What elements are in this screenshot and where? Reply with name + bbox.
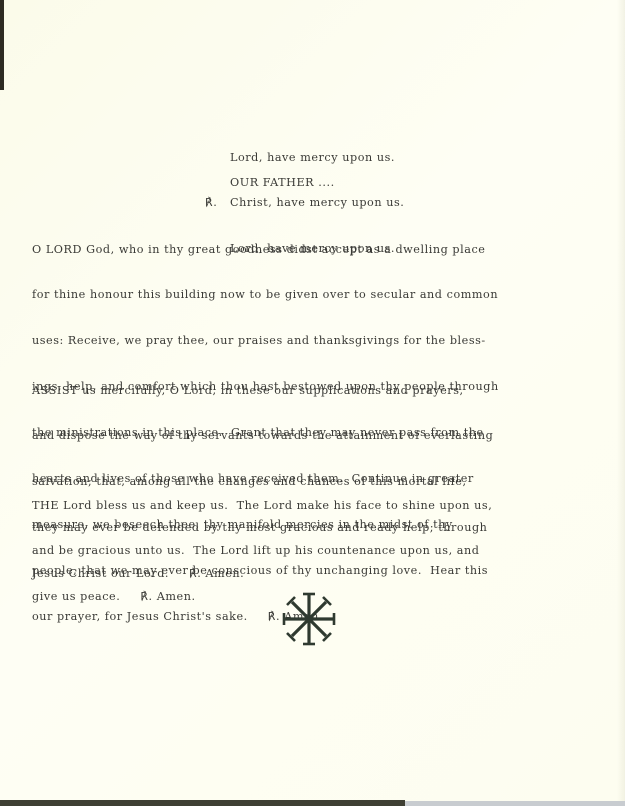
prayer-line: for thine honour this building now to be… [32, 287, 499, 302]
scan-edge-bottom [0, 800, 405, 806]
blessing: THE Lord bless us and keep us. The Lord … [32, 467, 492, 635]
document-page: Lord, have mercy upon us. ℟.Christ, have… [0, 0, 625, 806]
prayer-line: uses: Receive, we pray thee, our praises… [32, 333, 499, 348]
scan-edge-left [0, 0, 4, 90]
amen-response: ℟. Amen. [140, 590, 195, 603]
prayer-line-last: give us peace.℟. Amen. [32, 589, 492, 604]
scan-edge-bottom-light [405, 801, 625, 806]
kyrie-text: Lord, have mercy upon us. [230, 151, 395, 164]
kyrie-text: Christ, have mercy upon us. [230, 196, 404, 209]
kyrie-line: Lord, have mercy upon us. [205, 150, 404, 165]
prayer-line: THE Lord bless us and keep us. The Lord … [32, 498, 492, 513]
prayer-line: ASSIST us mercifully, O Lord, in these o… [32, 383, 493, 398]
scan-edge-shadow [617, 0, 625, 806]
prayer-line: give us peace. [32, 590, 120, 603]
prayer-line: O LORD God, who in thy great goodness di… [32, 242, 499, 257]
kyrie-line: ℟.Christ, have mercy upon us. [205, 195, 404, 210]
chi-rho-cross-icon [280, 590, 338, 648]
our-father-heading: OUR FATHER .... [230, 175, 335, 190]
prayer-line: and dispose the way of thy servants towa… [32, 428, 493, 443]
response-mark: ℟. [205, 195, 230, 210]
prayer-line: and be gracious unto us. The Lord lift u… [32, 543, 492, 558]
